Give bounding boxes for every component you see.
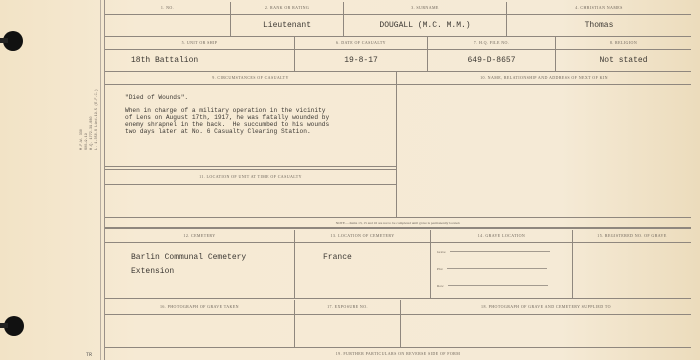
field-rank: 2. Rank or Rating Lieutenant [231, 2, 344, 36]
field-hq-file-no: 7. H.Q. File No. 649-D-8657 [428, 37, 556, 71]
label-christian-names: 4. Christian Names [507, 2, 691, 15]
label-date-of-casualty: 6. Date of Casualty [295, 37, 427, 50]
value-unit: 18th Battalion [105, 50, 294, 68]
field-location-of-cemetery: 13. Location of Cemetery France [295, 230, 431, 298]
label-registered-no: 15. Registered No. of Grave [573, 230, 691, 243]
punch-hole-tab [0, 323, 8, 328]
row-service: 5. Unit or Ship 18th Battalion 6. Date o… [105, 37, 691, 72]
field-christian-names: 4. Christian Names Thomas [507, 2, 691, 36]
label-location-of-unit: 11. Location of Unit at Time of Casualty [105, 170, 396, 185]
field-cemetery: 12. Cemetery Barlin Communal Cemetery Ex… [105, 230, 295, 298]
label-further-particulars: 19. Further Particulars on Reverse Side … [105, 348, 691, 360]
value-hq-file-no: 649-D-8657 [428, 50, 555, 68]
value-christian-names: Thomas [507, 15, 691, 33]
field-circumstances: 9. Circumstances of Casualty "Died of Wo… [105, 72, 397, 217]
field-surname: 3. Surname DOUGALL (M.C. M.M.) [344, 2, 507, 36]
label-grave-location: 14. Grave Location [431, 230, 572, 243]
label-religion: 8. Religion [556, 37, 691, 50]
label-photo-taken: 16. Photograph of Grave Taken [105, 300, 294, 315]
field-photo-taken: 16. Photograph of Grave Taken [105, 300, 295, 347]
label-exposure-no: 17. Exposure No. [295, 300, 400, 315]
value-rank: Lieutenant [231, 15, 343, 33]
row-photographs: 16. Photograph of Grave Taken 17. Exposu… [105, 300, 691, 348]
label-unit: 5. Unit or Ship [105, 37, 294, 50]
value-surname: DOUGALL (M.C. M.M.) [344, 15, 506, 33]
field-grave-location: 14. Grave Location Grave Plot Row [431, 230, 573, 298]
label-circumstances: 9. Circumstances of Casualty [105, 72, 396, 85]
circumstances-text: When in charge of a military operation i… [125, 107, 396, 135]
row-identity: 1. No. 2. Rank or Rating Lieutenant 3. S… [105, 2, 691, 37]
label-cemetery: 12. Cemetery [105, 230, 294, 243]
label-surname: 3. Surname [344, 2, 506, 15]
row-circumstances: 9. Circumstances of Casualty "Died of Wo… [105, 72, 691, 218]
value-religion: Not stated [556, 50, 691, 68]
casualty-form: 1. No. 2. Rank or Rating Lieutenant 3. S… [104, 0, 691, 360]
punch-hole-tab [0, 38, 8, 43]
row-line: Row [437, 277, 572, 294]
row-line-label: Row [437, 284, 444, 288]
field-date-of-casualty: 6. Date of Casualty 19-8-17 [295, 37, 428, 71]
plot-line-label: Plot [437, 267, 443, 271]
value-cemetery: Barlin Communal Cemetery Extension [105, 243, 294, 279]
plot-line: Plot [437, 260, 572, 277]
field-exposure-no: 17. Exposure No. [295, 300, 401, 347]
field-photo-supplied: 18. Photograph of Grave and Cemetery Sup… [401, 300, 691, 347]
value-date-of-casualty: 19-8-17 [295, 50, 427, 68]
label-next-of-kin: 10. Name, Relationship and Address of Ne… [397, 72, 691, 85]
row-cemetery: 12. Cemetery Barlin Communal Cemetery Ex… [105, 230, 691, 299]
side-print: M.F.W. 330 800—9-19 H.Q. 1772-39-880 L. … [80, 89, 100, 150]
grave-line-label: Grave [437, 250, 446, 254]
circumstances-heading: "Died of Wounds". [125, 94, 396, 101]
label-no: 1. No. [105, 2, 230, 15]
label-hq-file-no: 7. H.Q. File No. [428, 37, 555, 50]
value-location-of-cemetery: France [295, 243, 430, 265]
grave-line: Grave [437, 243, 572, 260]
field-registered-no: 15. Registered No. of Grave [573, 230, 691, 298]
label-location-of-cemetery: 13. Location of Cemetery [295, 230, 430, 243]
note-text: NOTE.—Items 13, 15 and 16 are not to be … [105, 219, 691, 229]
label-rank: 2. Rank or Rating [231, 2, 343, 15]
value-no [105, 15, 230, 19]
field-next-of-kin: 10. Name, Relationship and Address of Ne… [397, 72, 691, 217]
corner-mark: TR [86, 352, 92, 358]
label-photo-supplied: 18. Photograph of Grave and Cemetery Sup… [401, 300, 691, 315]
field-unit: 5. Unit or Ship 18th Battalion [105, 37, 295, 71]
field-religion: 8. Religion Not stated [556, 37, 691, 71]
field-no: 1. No. [105, 2, 231, 36]
